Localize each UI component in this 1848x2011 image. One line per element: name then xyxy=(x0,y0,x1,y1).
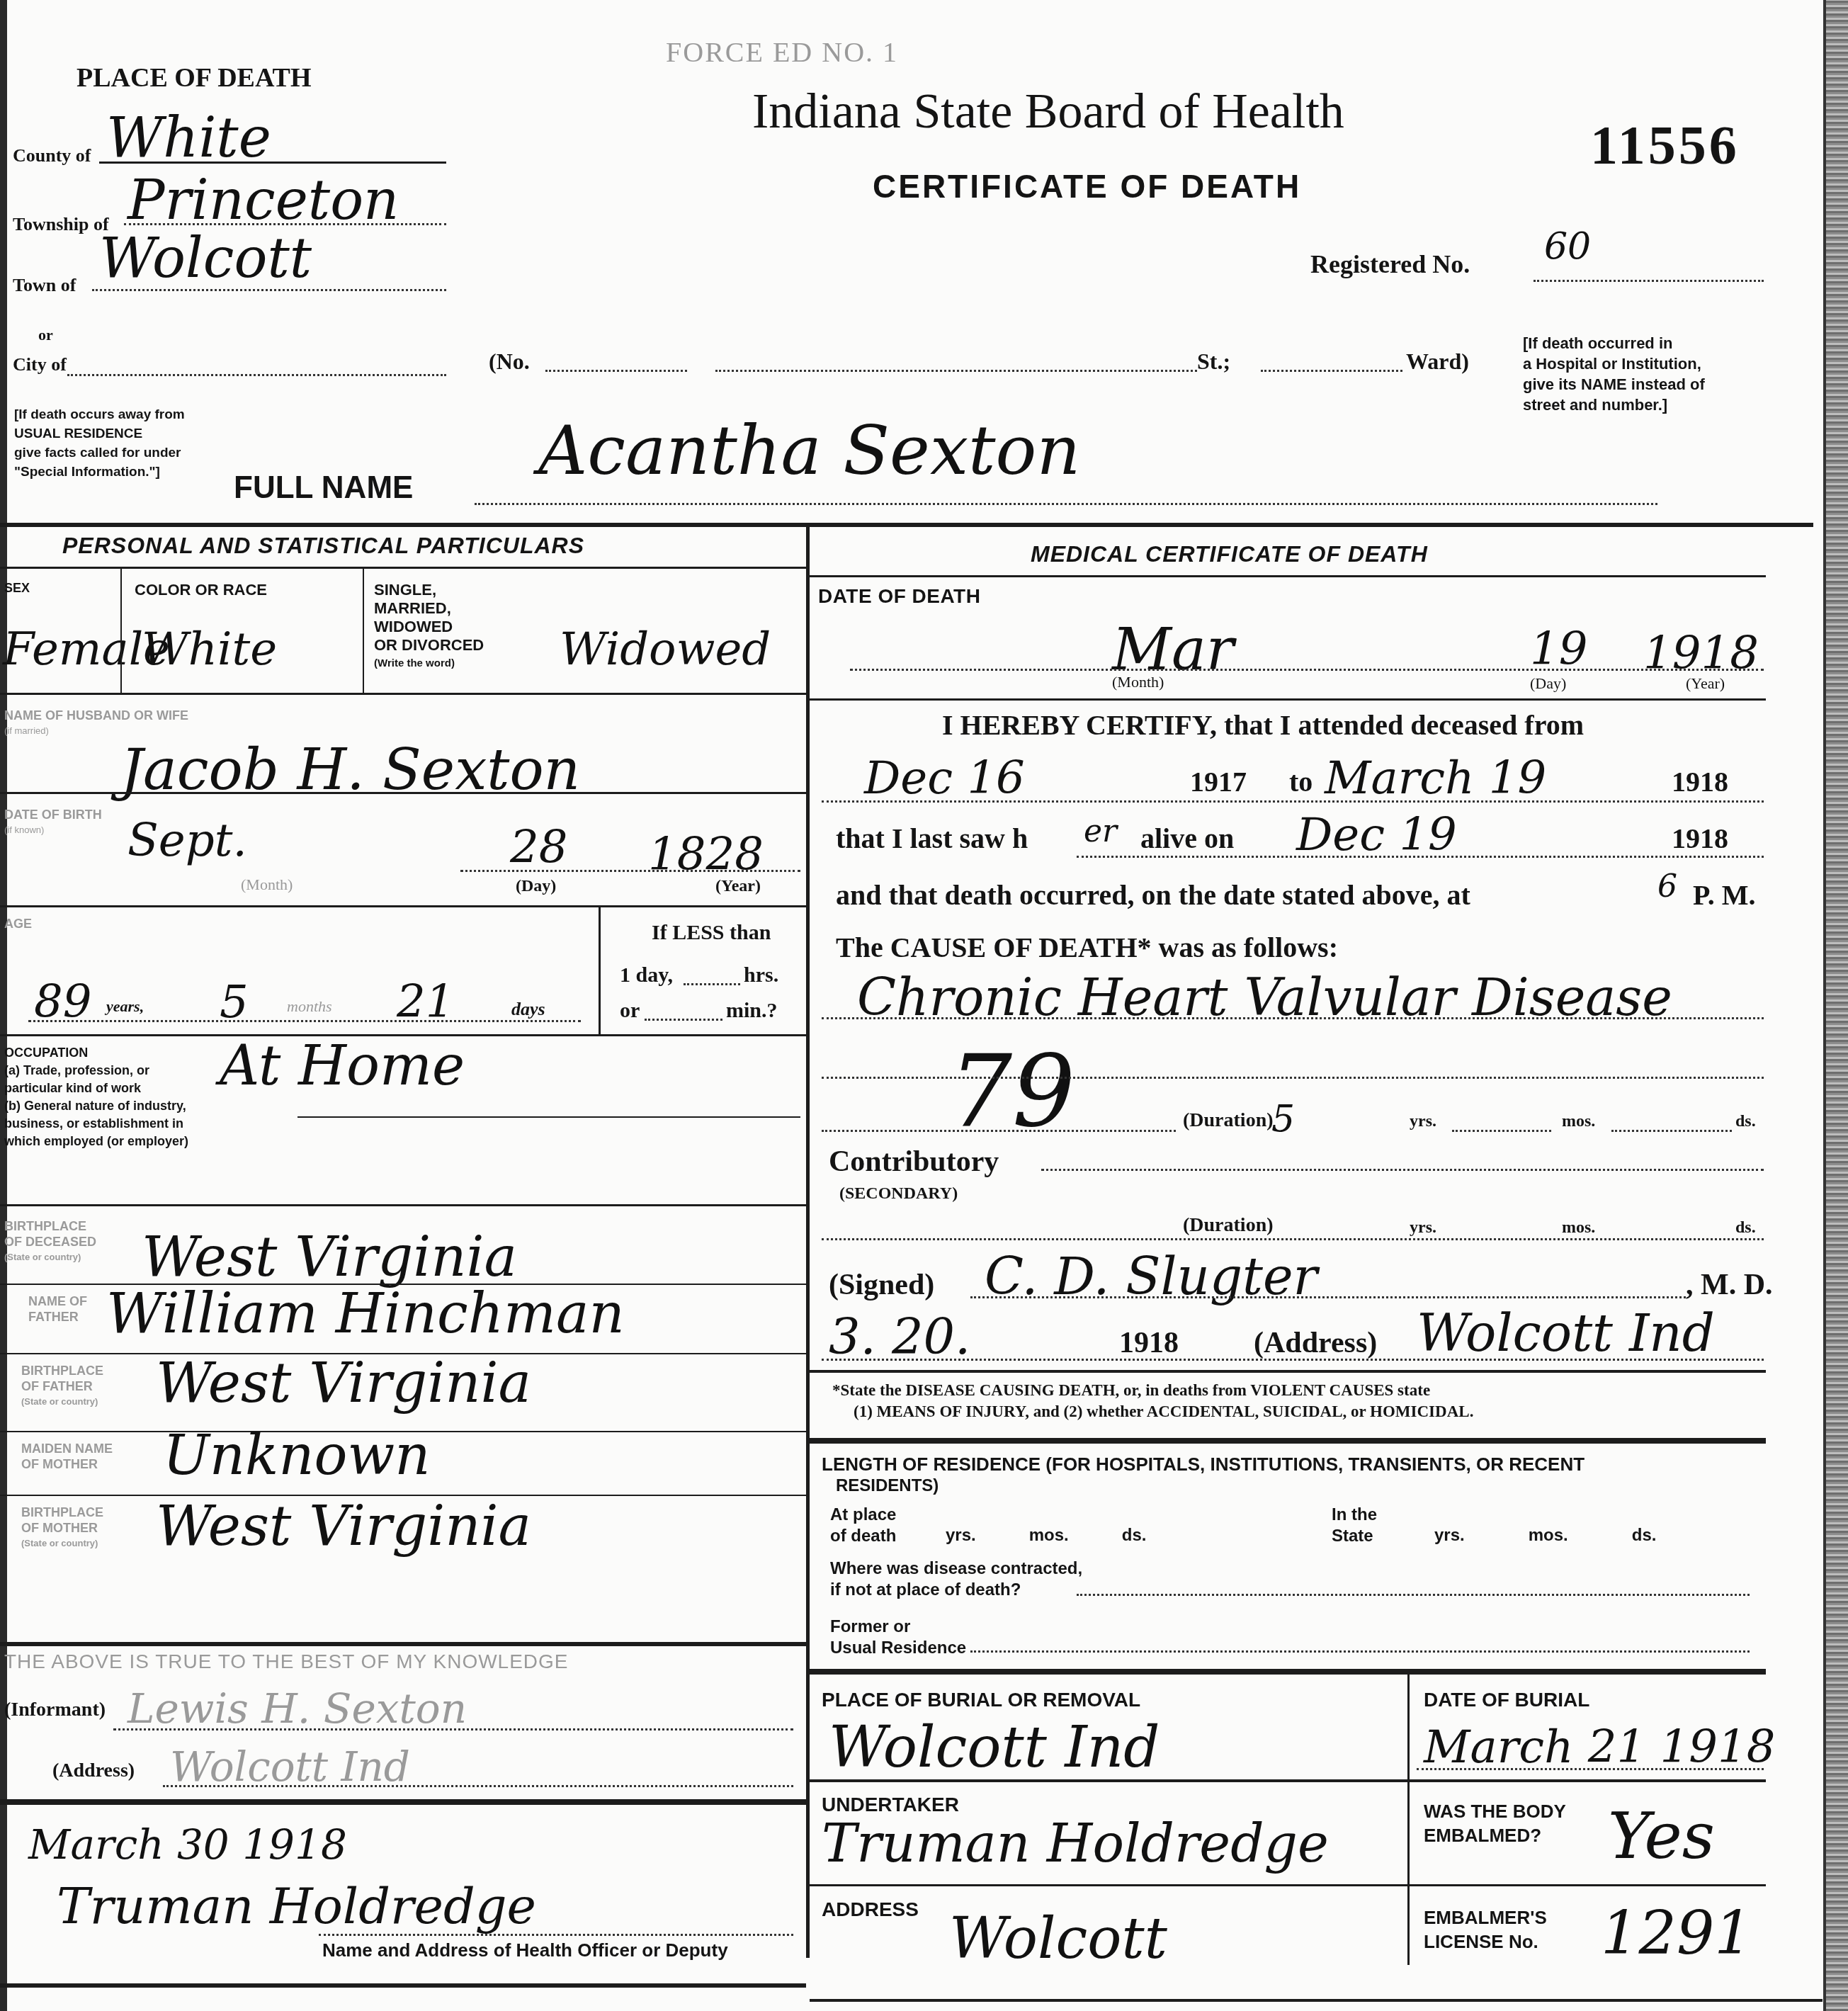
true-statement: THE ABOVE IS TRUE TO THE BEST OF MY KNOW… xyxy=(4,1650,569,1673)
occupation-label: OCCUPATION (a) Trade, profession, or par… xyxy=(4,1044,188,1150)
father-birthplace-label: BIRTHPLACE OF FATHER (State or country) xyxy=(21,1363,103,1410)
sex-label: SEX xyxy=(4,581,30,596)
embalmed-label: WAS THE BODY EMBALMED? xyxy=(1424,1799,1566,1847)
personal-heading: PERSONAL AND STATISTICAL PARTICULARS xyxy=(62,533,584,559)
death-time: 6 xyxy=(1657,868,1677,905)
certificate-number: 11556 xyxy=(1590,113,1740,177)
registered-no-value: 60 xyxy=(1544,225,1591,268)
county-label: County of xyxy=(13,145,91,166)
father-name-label: NAME OF FATHER xyxy=(28,1293,87,1325)
town-label: Town of xyxy=(13,275,76,296)
marital-value: Widowed xyxy=(560,623,771,676)
informant-address-label: (Address) xyxy=(52,1760,135,1782)
full-name-value: Acantha Sexton xyxy=(538,411,1080,490)
attended-to: March 19 xyxy=(1325,752,1546,805)
mother-name-label: MAIDEN NAME OF MOTHER xyxy=(21,1441,113,1472)
burial-place-value: Wolcott Ind xyxy=(829,1714,1160,1780)
death-certificate: FORCE ED NO. 1 Indiana State Board of He… xyxy=(0,0,1848,2011)
birth-month: Sept. xyxy=(127,815,247,867)
full-name-label: FULL NAME xyxy=(234,470,413,506)
informant-address-value: Wolcott Ind xyxy=(170,1743,410,1791)
cause-mark: 79 xyxy=(949,1034,1075,1150)
birth-day: 28 xyxy=(510,822,567,874)
ward-label: Ward) xyxy=(1406,349,1469,375)
undertaker-value: Truman Holdredge xyxy=(822,1813,1329,1874)
informant-value: Lewis H. Sexton xyxy=(127,1684,467,1733)
duration-years: 5 xyxy=(1271,1098,1295,1140)
informant-label: (Informant) xyxy=(4,1699,106,1721)
footnote-line-2: (1) MEANS OF INJURY, and (2) whether ACC… xyxy=(854,1403,1473,1421)
marital-label: SINGLE, MARRIED, WIDOWED OR DIVORCED (Wr… xyxy=(374,581,484,673)
spouse-label: NAME OF HUSBAND OR WIFE xyxy=(4,708,188,723)
agency-title: Indiana State Board of Health xyxy=(752,84,1344,140)
embalmed-value: Yes xyxy=(1608,1799,1715,1874)
former-residence-label: Former or Usual Residence xyxy=(830,1616,966,1659)
or-label: or xyxy=(38,326,53,344)
certify-text: I HEREBY CERTIFY, that I attended deceas… xyxy=(942,708,1584,742)
race-label: COLOR OR RACE xyxy=(135,581,267,599)
undertaker-address-value: Wolcott xyxy=(949,1905,1167,1971)
county-value: White xyxy=(106,106,271,170)
street-label: St.; xyxy=(1197,349,1230,375)
birth-year: 1828 xyxy=(648,829,764,881)
residence-heading: LENGTH OF RESIDENCE (FOR HOSPITALS, INST… xyxy=(822,1454,1585,1475)
occupation-value: At Home xyxy=(220,1034,465,1098)
license-label: EMBALMER'S LICENSE No. xyxy=(1424,1905,1547,1954)
town-value: Wolcott xyxy=(99,227,312,290)
age-label: AGE xyxy=(4,917,32,931)
street-no-label: (No. xyxy=(489,349,530,375)
father-name-value: William Hinchman xyxy=(106,1282,625,1346)
signed-date: 3. 20. xyxy=(829,1308,970,1366)
hospital-note: [If death occurred in a Hospital or Inst… xyxy=(1523,333,1705,415)
place-of-death-heading: PLACE OF DEATH xyxy=(76,62,311,94)
faint-stamp: FORCE ED NO. 1 xyxy=(666,35,898,69)
last-saw-her: er xyxy=(1084,813,1117,849)
registered-no-label: Registered No. xyxy=(1310,249,1470,279)
physician-address: Wolcott Ind xyxy=(1417,1303,1715,1363)
scan-edge-right xyxy=(1826,0,1848,2011)
away-note: [If death occurs away from USUAL RESIDEN… xyxy=(14,405,185,482)
signed-label: (Signed) xyxy=(829,1268,934,1302)
footnote-line-1: *State the DISEASE CAUSING DEATH, or, in… xyxy=(832,1381,1430,1400)
birthplace-label: BIRTHPLACE OF DECEASED (State or country… xyxy=(4,1218,96,1265)
burial-date-label: DATE OF BURIAL xyxy=(1424,1689,1589,1711)
township-label: Township of xyxy=(13,214,109,235)
mother-name-value: Unknown xyxy=(163,1424,430,1488)
father-birthplace-value: West Virginia xyxy=(156,1352,531,1415)
cause-label: The CAUSE OF DEATH* was as follows: xyxy=(836,931,1338,964)
contracted-label: Where was disease contracted, if not at … xyxy=(830,1558,1082,1601)
race-value: White xyxy=(142,623,277,676)
undertaker-address-label: ADDRESS xyxy=(822,1898,919,1921)
birthplace-value: West Virginia xyxy=(142,1225,517,1289)
mother-birthplace-label: BIRTHPLACE OF MOTHER (State or country) xyxy=(21,1505,103,1551)
date-of-death-label: DATE OF DEATH xyxy=(818,585,980,608)
attended-from: Dec 16 xyxy=(864,752,1025,805)
contributory-label: Contributory xyxy=(829,1145,999,1179)
birth-label: DATE OF BIRTH xyxy=(4,808,102,822)
death-year: 1918 xyxy=(1643,628,1759,680)
burial-place-label: PLACE OF BURIAL OR REMOVAL xyxy=(822,1689,1140,1711)
death-day: 19 xyxy=(1530,623,1587,676)
occurred-text: and that death occurred, on the date sta… xyxy=(836,878,1470,912)
burial-date-value: March 21 1918 xyxy=(1424,1721,1775,1774)
health-officer-caption: Name and Address of Health Officer or De… xyxy=(322,1939,728,1961)
license-value: 1291 xyxy=(1601,1898,1752,1968)
mother-birthplace-value: West Virginia xyxy=(156,1495,531,1558)
health-officer-signature: Truman Holdredge xyxy=(57,1877,536,1935)
last-saw-date: Dec 19 xyxy=(1296,809,1457,861)
in-state-label: In the State xyxy=(1332,1505,1377,1547)
filed-date: March 30 1918 xyxy=(28,1820,347,1869)
city-label: City of xyxy=(13,354,67,375)
document-title: CERTIFICATE OF DEATH xyxy=(873,167,1301,205)
medical-heading: MEDICAL CERTIFICATE OF DEATH xyxy=(1031,541,1428,567)
